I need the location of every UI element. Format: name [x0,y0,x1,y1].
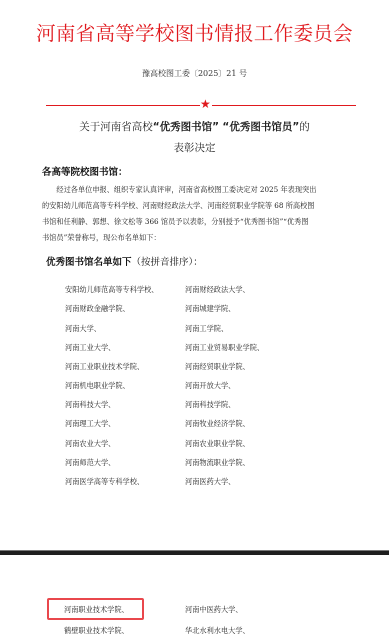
list-item: 河南大学、 [65,324,101,334]
list-heading: 优秀图书馆名单如下（按拼音排序）： [46,254,203,268]
list-item: 河南机电职业学院、 [65,381,130,391]
list-item: 河南农业职业学院、 [185,439,250,449]
list-item: 河南财经政法大学、 [185,285,250,295]
subject-prefix: 关于河南省高校 [79,121,153,133]
list-item: 安阳幼儿师范高等专科学校、 [65,285,158,295]
list-item: 河南医药大学、 [185,477,235,487]
body-line-1: 经过各单位申报、组织专家认真评审，河南省高校图工委决定对 2025 年表现突出 [42,185,358,195]
list-item: 河南理工大学、 [65,419,115,429]
list-item: 河南工业大学、 [65,343,115,353]
list-item: 河南开放大学、 [185,381,235,391]
org-title: 河南省高等学校图书情报工作委员会 [0,18,389,46]
list-item: 河南城建学院、 [185,304,235,314]
list-item: 河南工业职业技术学院、 [65,362,144,372]
body-line-2: 的安阳幼儿师范高等专科学校、河南财经政法大学、河南经贸职业学院等 68 所高校图 [42,201,358,211]
list-item: 河南工学院、 [185,324,228,334]
salutation: 各高等院校图书馆： [42,164,128,178]
list-item: 河南师范大学、 [65,458,115,468]
red-rule-left [46,105,200,106]
list-item: 河南科技学院、 [185,400,235,410]
list-item: 河南医学高等专科学校、 [65,477,144,487]
body-line-3: 书馆和任利静、郭想、徐文松等 366 馆员予以表彰，分别授予“优秀图书馆”“优秀… [42,217,358,227]
list-item: 河南科技大学、 [65,400,115,410]
list-item: 河南物流职业学院、 [185,458,250,468]
star-icon: ★ [200,97,211,111]
subject-line-2: 表彰决定 [0,140,389,155]
list-item: 鹤壁职业技术学院、 [64,626,129,636]
subject-line-1: 关于河南省高校“优秀图书馆” “优秀图书馆员”的 [0,119,389,134]
list-item: 河南农业大学、 [65,439,115,449]
body-line-4: 书馆员”荣誉称号，现公布名单如下： [42,233,358,243]
subject-award-library: “优秀图书馆” [153,121,219,133]
red-rule-right [212,105,356,106]
subject-award-librarian: “优秀图书馆员” [222,121,299,133]
list-item: 河南牧业经济学院、 [185,419,250,429]
list-item: 河南工业贸易职业学院、 [185,343,264,353]
subject-suffix: 的 [299,121,310,133]
list-heading-title: 优秀图书馆名单如下 [46,257,132,268]
list-item: 河南经贸职业学院、 [185,362,250,372]
list-heading-note: （按拼音排序）： [132,257,203,268]
list-item: 河南中医药大学、 [185,605,243,615]
list-item: 华北水利水电大学、 [185,626,250,636]
page-break-divider [0,550,389,555]
list-item: 河南财政金融学院、 [65,304,130,314]
doc-number: 豫高校图工委〔2025〕21 号 [0,68,389,79]
list-item-highlighted: 河南职业技术学院、 [64,605,129,615]
